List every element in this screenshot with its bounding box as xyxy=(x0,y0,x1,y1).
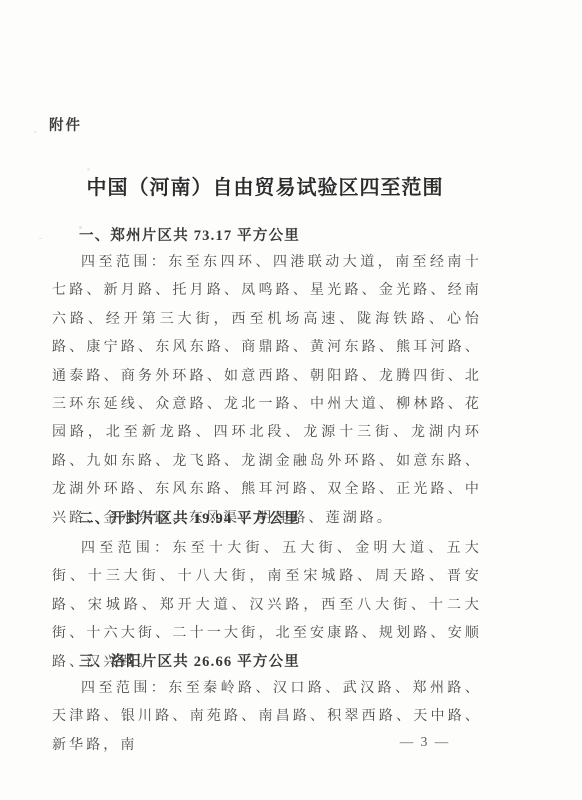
scan-speck xyxy=(38,238,43,239)
attachment-label: 附件 xyxy=(49,114,82,135)
section-body-zhengzhou: 四至范围：东至东四环、四港联动大道，南至经南十七路、新月路、托月路、凤鸣路、星光… xyxy=(52,249,482,533)
document-title: 中国（河南）自由贸易试验区四至范围 xyxy=(50,171,480,200)
scan-speck xyxy=(34,131,37,133)
section-heading-luoyang: 三、洛阳片区共 26.66 平方公里 xyxy=(79,650,300,671)
section-heading-kaifeng: 二、开封片区共 19.94 平方公里 xyxy=(79,507,300,528)
section-heading-zhengzhou: 一、郑州片区共 73.17 平方公里 xyxy=(79,224,300,245)
page-number: — 3 — xyxy=(392,734,458,750)
scanned-document-page: 附件 中国（河南）自由贸易试验区四至范围 一、郑州片区共 73.17 平方公里 … xyxy=(0,0,582,800)
